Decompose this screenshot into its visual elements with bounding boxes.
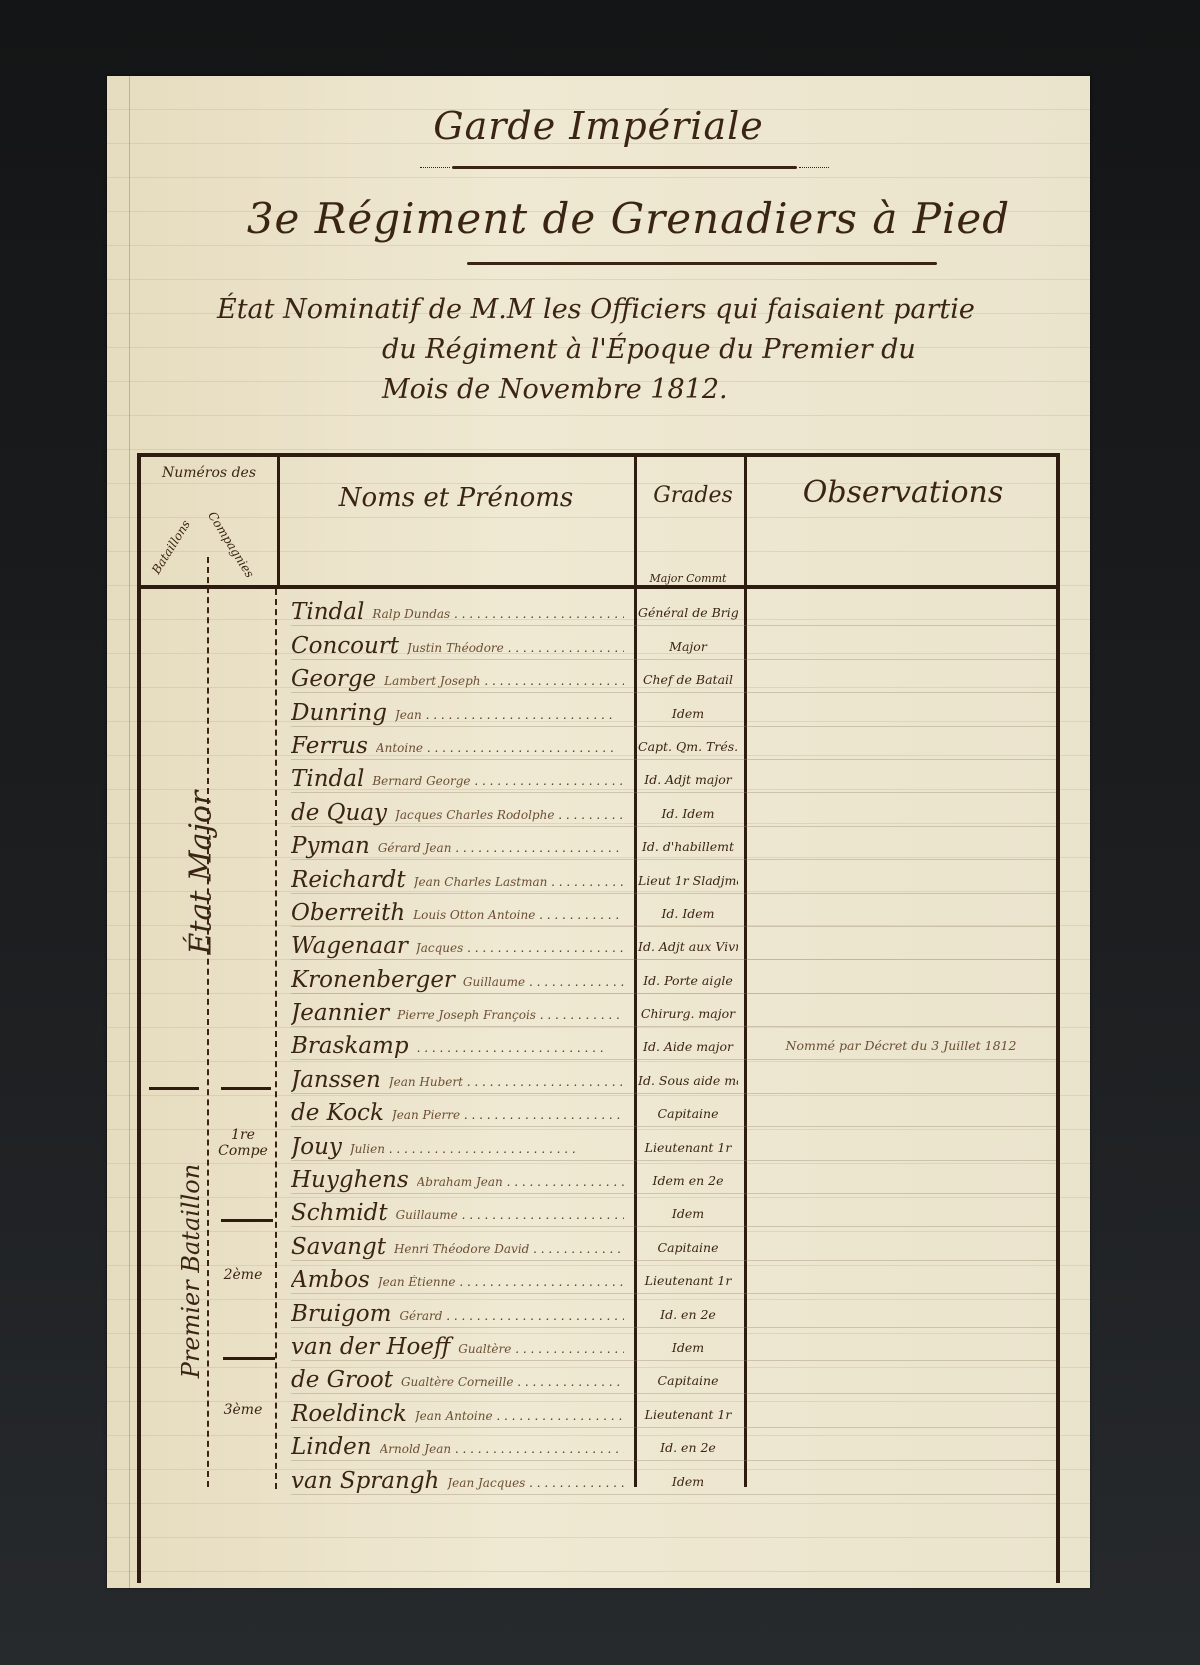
grade: Général de Brigde [638, 605, 738, 620]
surname: Braskamp [291, 1033, 409, 1059]
regiment-title: 3e Régiment de Grenadiers à Pied [107, 194, 1090, 243]
given-names: Antoine [376, 741, 624, 759]
table-row: OberreithLouis Otton AntoineId. Idem [291, 894, 1056, 927]
table-row: AmbosJean ÉtienneLieutenant 1r [291, 1261, 1056, 1294]
grade: Major [638, 639, 738, 654]
table-row: SchmidtGuillaumeIdem [291, 1194, 1056, 1227]
surname: Tindal [291, 766, 364, 792]
surname: de Groot [291, 1367, 393, 1393]
document-title: Garde Impériale [107, 104, 1090, 148]
officers-table: Numéros des Bataillons Compagnies Noms e… [137, 453, 1060, 1583]
table-row: HuyghensAbraham JeanIdem en 2e [291, 1161, 1056, 1194]
given-names: Gualtère [458, 1342, 624, 1360]
table-row: JeannierPierre Joseph FrançoisChirurg. m… [291, 994, 1056, 1027]
subtitle-line-3: Mois de Novembre 1812. [217, 370, 1017, 410]
grade: Capitaine [638, 1106, 738, 1121]
grade: Idem [638, 1206, 738, 1221]
grade: Chef de Batail [638, 672, 738, 687]
surname: Kronenberger [291, 967, 455, 993]
header-noms-prenoms: Noms et Prénoms [281, 483, 631, 513]
col-divider-numeros [277, 457, 280, 587]
company-2-label: 2ème [213, 1267, 273, 1283]
surname: Tindal [291, 599, 364, 625]
surname: de Kock [291, 1100, 384, 1126]
given-names: Louis Otton Antoine [413, 908, 624, 926]
given-names: Guillaume [396, 1208, 624, 1226]
grade: Lieut 1r Sladjmaj [638, 873, 738, 888]
table-row: van der HoeffGualtèreIdem [291, 1328, 1056, 1361]
given-names: Guillaume [463, 975, 624, 993]
grade: Capitaine [638, 1240, 738, 1255]
grade: Id. Idem [638, 906, 738, 921]
document-subtitle: État Nominatif de M.M les Officiers qui … [217, 290, 1017, 410]
subtitle-line-2: du Régiment à l'Époque du Premier du [217, 330, 1017, 370]
grade: Id. Adjt aux Vivr. [638, 939, 738, 954]
given-names: Jean Charles Lastman [414, 875, 624, 893]
given-names: Ralp Dundas [372, 607, 624, 625]
etat-major-end-tick [149, 1087, 199, 1090]
given-names: Abraham Jean [417, 1175, 624, 1193]
grade: Idem [638, 706, 738, 721]
given-names [417, 1041, 624, 1059]
title-underline [452, 166, 797, 169]
grade: Id. Porte aigle [638, 973, 738, 988]
surname: Reichardt [291, 867, 406, 893]
surname: Bruigom [291, 1301, 391, 1327]
surname: Concourt [291, 633, 399, 659]
header-numeros: Numéros des [141, 465, 277, 481]
table-row: ReichardtJean Charles LastmanLieut 1r Sl… [291, 860, 1056, 893]
given-names: Justin Théodore [407, 641, 624, 659]
table-row: LindenArnold JeanId. en 2e [291, 1428, 1056, 1461]
grade: Id. Sous aide maj [638, 1073, 738, 1088]
grade: Id. en 2e [638, 1307, 738, 1322]
surname: Jeannier [291, 1000, 389, 1026]
given-names: Gérard Jean [378, 841, 624, 859]
table-row: JanssenJean HubertId. Sous aide maj [291, 1060, 1056, 1093]
grade: Lieutenant 1r [638, 1407, 738, 1422]
grade: Id. en 2e [638, 1440, 738, 1455]
header-grades: Grades [641, 483, 745, 508]
surname: Schmidt [291, 1200, 388, 1226]
table-row: RoeldinckJean AntoineLieutenant 1r [291, 1394, 1056, 1427]
grade-prefix-first-row: Major Commt [638, 572, 738, 585]
surname: Ferrus [291, 733, 368, 759]
table-row: JouyJulienLieutenant 1r [291, 1127, 1056, 1160]
manuscript-page: Garde Impériale 3e Régiment de Grenadier… [107, 76, 1090, 1588]
officer-rows: TindalRalp DundasGénéral de Brigde Conco… [291, 593, 1056, 1495]
grade: Idem [638, 1474, 738, 1489]
page-margin-line [129, 76, 130, 1588]
company-3-label: 3ème [213, 1402, 273, 1418]
given-names: Jean [395, 708, 624, 726]
header-bottom-rule [141, 585, 1056, 589]
given-names: Henri Théodore David [394, 1242, 624, 1260]
grade: Idem en 2e [638, 1173, 738, 1188]
table-row: van SpranghJean JacquesIdem [291, 1461, 1056, 1494]
regiment-underline [467, 262, 937, 265]
surname: Janssen [291, 1067, 381, 1093]
company-2-tick [221, 1219, 273, 1222]
table-row: SavangtHenri Théodore DavidCapitaine [291, 1227, 1056, 1260]
table-row: de GrootGualtère CorneilleCapitaine [291, 1361, 1056, 1394]
grade: Lieutenant 1r [638, 1273, 738, 1288]
company-brace [275, 589, 277, 1489]
company-3-tick [223, 1357, 275, 1360]
given-names: Lambert Joseph [384, 674, 624, 692]
given-names: Jacques Charles Rodolphe [395, 808, 624, 826]
grade: Id. Adjt major [638, 772, 738, 787]
subtitle-line-1: État Nominatif de M.M les Officiers qui … [217, 290, 1017, 330]
table-row: BraskampId. Aide majorNommé par Décret d… [291, 1027, 1056, 1060]
surname: Huyghens [291, 1167, 409, 1193]
surname: Roeldinck [291, 1401, 407, 1427]
grade: Id. d'habillemt [638, 839, 738, 854]
surname: van Sprangh [291, 1468, 439, 1494]
table-row: ConcourtJustin ThéodoreMajor [291, 626, 1056, 659]
table-row: GeorgeLambert JosephChef de Batail [291, 660, 1056, 693]
group-premier-bataillon: Premier Bataillon [177, 1161, 205, 1381]
given-names: Pierre Joseph François [397, 1008, 624, 1026]
company-start-tick [221, 1087, 271, 1090]
surname: Savangt [291, 1234, 386, 1260]
grade: Id. Aide major [638, 1039, 738, 1054]
grade: Idem [638, 1340, 738, 1355]
table-row: de QuayJacques Charles RodolpheId. Idem [291, 793, 1056, 826]
surname: Linden [291, 1434, 372, 1460]
table-row: TindalBernard GeorgeId. Adjt major [291, 760, 1056, 793]
grade: Lieutenant 1r [638, 1140, 738, 1155]
surname: Ambos [291, 1267, 370, 1293]
surname: Dunring [291, 700, 387, 726]
header-compagnies: Compagnies [205, 509, 257, 580]
given-names: Jean Hubert [389, 1075, 624, 1093]
given-names: Jacques [416, 941, 624, 959]
grade: Id. Idem [638, 806, 738, 821]
given-names: Gualtère Corneille [401, 1375, 624, 1393]
observation: Nommé par Décret du 3 Juillet 1812 [751, 1038, 1051, 1053]
given-names: Jean Antoine [415, 1409, 624, 1427]
bataillon-brace [207, 557, 209, 1487]
grade: Chirurg. major [638, 1006, 738, 1021]
surname: Jouy [291, 1134, 342, 1160]
table-row: KronenbergerGuillaumeId. Porte aigle [291, 960, 1056, 993]
table-row: DunringJeanIdem [291, 693, 1056, 726]
table-row: BruigomGérardId. en 2e [291, 1294, 1056, 1327]
group-etat-major: État Major [184, 795, 219, 955]
surname: George [291, 666, 376, 692]
table-row: de KockJean PierreCapitaine [291, 1094, 1056, 1127]
table-row: WagenaarJacquesId. Adjt aux Vivr. [291, 927, 1056, 960]
header-bataillons: Bataillons [149, 518, 193, 577]
table-row: FerrusAntoineCapt. Qm. Trés. [291, 727, 1056, 760]
surname: Wagenaar [291, 933, 408, 959]
surname: van der Hoeff [291, 1334, 450, 1360]
header-observations: Observations [753, 475, 1053, 510]
table-row: TindalRalp DundasGénéral de Brigde [291, 593, 1056, 626]
given-names: Jean Étienne [378, 1275, 624, 1293]
surname: Oberreith [291, 900, 405, 926]
table-row: PymanGérard JeanId. d'habillemt [291, 827, 1056, 860]
grade: Capitaine [638, 1373, 738, 1388]
given-names: Jean Pierre [392, 1108, 624, 1126]
surname: de Quay [291, 800, 387, 826]
given-names: Bernard George [372, 774, 624, 792]
given-names: Julien [350, 1142, 624, 1160]
given-names: Gérard [399, 1309, 624, 1327]
company-1-label: 1re Compe [213, 1127, 273, 1159]
surname: Pyman [291, 833, 370, 859]
given-names: Jean Jacques [447, 1476, 624, 1494]
given-names: Arnold Jean [380, 1442, 624, 1460]
grade: Capt. Qm. Trés. [638, 739, 738, 754]
